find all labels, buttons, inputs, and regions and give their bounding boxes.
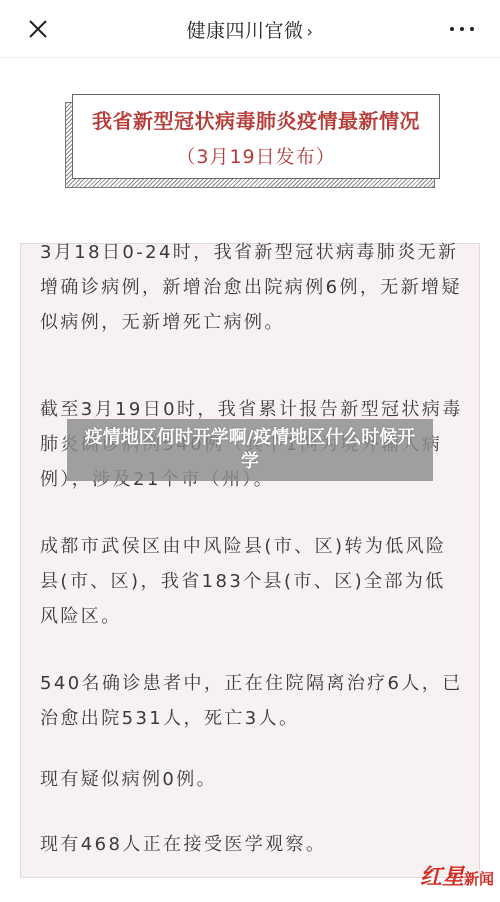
account-name: 健康四川官微	[187, 20, 304, 42]
account-name-link[interactable]: 健康四川官微›	[0, 16, 500, 43]
article-subheading: （3月19日发布）	[73, 142, 439, 169]
more-dot	[470, 27, 474, 31]
watermark-brand-big: 红星	[420, 864, 464, 890]
top-navigation-bar: 健康四川官微›	[0, 0, 500, 58]
chevron-right-icon: ›	[307, 22, 314, 41]
paragraph-suspected: 现有疑似病例0例。	[40, 762, 465, 797]
brand-watermark: 红星新闻	[420, 860, 494, 891]
article-heading: 我省新型冠状病毒肺炎疫情最新情况	[73, 105, 439, 134]
more-options-button[interactable]	[450, 20, 474, 38]
paragraph-patient-status: 540名确诊患者中，正在住院隔离治疗6人，已治愈出院531人，死亡3人。	[40, 666, 465, 736]
paragraph-risk-level: 成都市武侯区由中风险县(市、区)转为低风险县(市、区)，我省183个县(市、区)…	[40, 529, 465, 634]
paragraph-observation: 现有468人正在接受医学观察。	[40, 827, 465, 862]
title-box: 我省新型冠状病毒肺炎疫情最新情况 （3月19日发布）	[72, 94, 440, 179]
paragraph-daily-update: 3月18日0-24时，我省新型冠状病毒肺炎无新增确诊病例，新增治愈出院病例6例，…	[40, 235, 465, 340]
caption-overlay-text: 疫情地区何时开学啊/疫情地区什么时候开学	[80, 426, 420, 474]
article-title-graphic: 我省新型冠状病毒肺炎疫情最新情况 （3月19日发布）	[65, 94, 445, 186]
report-content-card: 3月18日0-24时，我省新型冠状病毒肺炎无新增确诊病例，新增治愈出院病例6例，…	[20, 243, 480, 878]
watermark-brand-small: 新闻	[464, 870, 494, 888]
more-dots-icon	[450, 27, 454, 31]
caption-overlay-banner: 疫情地区何时开学啊/疫情地区什么时候开学	[67, 419, 433, 481]
more-dot	[460, 27, 464, 31]
